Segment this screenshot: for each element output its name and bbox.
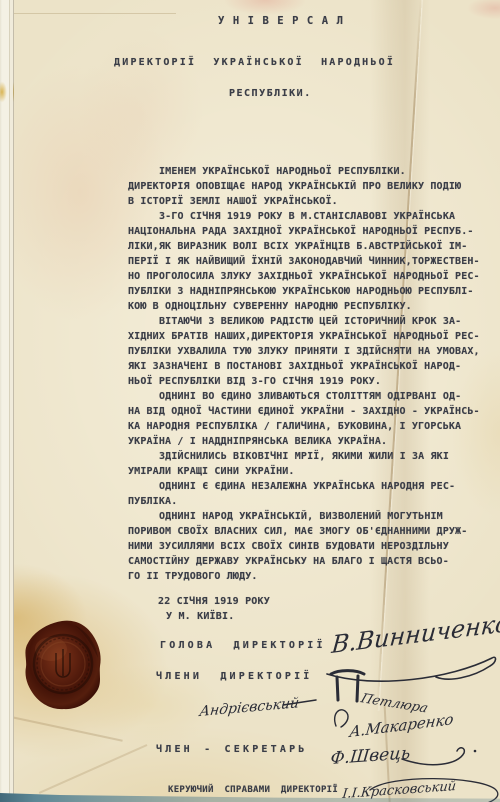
body-line: ОДНИНІ НАРОД УКРАЇНСЬКІЙ, ВИЗВОЛЕНИЙ МОГ… [128,509,490,524]
body-line: ПУБЛІКИ УХВАЛИЛА ТУЮ ЗЛУКУ ПРИНЯТИ І ЗДІ… [128,344,490,359]
signature-andriievskyi: Андрієвський [198,695,300,720]
body-line: НО ПРОГОЛОСИЛА ЗЛУКУ ЗАХІДНЬОЇ УКРАЇНСЬК… [128,269,490,284]
signature-flourish [327,657,496,681]
body-line: ПОРИВОМ СВОЇХ ВЛАСНИХ СИЛ, МАЄ ЗМОГУ ОБ'… [128,524,490,539]
body-line: ПУБЛІКА. [128,494,490,509]
body-line: ПУБЛІКИ З НАДНІПРЯНСЬКОЮ УКРАЇНСЬКОЮ НАР… [128,284,490,299]
signature-vynnychenko: В.Винниченко [329,608,500,659]
signature-dot [474,750,477,753]
body-line: КА НАРОДНЯ РЕСПУБЛІКА / ГАЛИЧИНА, БУКОВИ… [128,419,490,434]
paper-top-edge-line [0,13,176,14]
body-line: В ІСТОРІЇ ЗЕМЛІ НАШОЇ УКРАЇНСЬКОЇ. [128,194,490,209]
body-line: УКРАЇНА / І НАДДНІПРЯНСЬКА ВЕЛИКА УКРАЇН… [128,434,490,449]
body-line: ВІТАЮЧИ З ВЕЛИКОЮ РАДІСТЮ ЦЕЙ ІСТОРИЧНИЙ… [128,314,490,329]
body-line: ДИРЕКТОРІЯ ОПОВІЩАЄ НАРОД УКРАЇНСЬКІЙ ПР… [128,179,490,194]
body-line: ГО ІІ ТРУДОВОГО ЛЮДУ. [128,569,490,584]
diagonal-crease [0,712,123,741]
signature-loop [335,710,348,727]
scan-edge-left [0,0,14,802]
body-line: ЗДІЙСНИЛИСЬ ВІКОВІЧНІ МРІЇ, ЯКИМИ ЖИЛИ І… [128,449,490,464]
body-line: НИМИ ЗУСИЛЛЯМИ ВСІХ СВОЇХ СИНІВ БУДОВАТИ… [128,539,490,554]
vertical-fold-crease-lower [383,700,390,802]
place-line: У М. КИЇВІ. [166,611,234,622]
body-line: ЛІКИ,ЯК ВИРАЗНИК ВОЛІ ВСІХ УКРАЇНЦІВ Б.А… [128,239,490,254]
role-label-secretary: ЧЛЕН - СЕКРЕТАРЬ [156,744,308,755]
body-line: ІМЕНЕМ УКРАЇНСЬКОЇ НАРОДНЬОЇ РЕСПУБЛІКИ. [128,164,490,179]
document-scan: УНІВЕРСАЛ ДИРЕКТОРІЇ УКРАЇНСЬКОЇ НАРОДНЬ… [0,0,500,802]
body-line: НАЦІОНАЛЬНА РАДА ЗАХІДНОЇ УКРАЇНСЬКОЇ НА… [128,224,490,239]
date-line: 22 СІЧНЯ 1919 РОКУ [158,596,270,607]
signature-dash [283,700,316,705]
diagonal-crease [39,744,147,793]
document-subtitle-line1: ДИРЕКТОРІЇ УКРАЇНСЬКОЇ НАРОДНЬОЇ [114,57,395,68]
document-body: ІМЕНЕМ УКРАЇНСЬКОЇ НАРОДНЬОЇ РЕСПУБЛІКИ.… [128,164,490,584]
body-line: НА ВІД ОДНОЇ ЧАСТИНИ ЄДИНОЇ УКРАЇНИ - ЗА… [128,404,490,419]
body-line: КОЮ В ОДНОЦІЛЬНУ СУВЕРЕННУ НАРОДНЮ РЕСПУ… [128,299,490,314]
body-line: ПЕРІЇ І ЯК НАЙВИЩИЙ ЇХНІЙ ЗАКОНОДАВЧИЙ Ч… [128,254,490,269]
body-line: ЯКІ ЗАЗНАЧЕНІ В ПОСТАНОВІ ЗАХІДНЬОЇ УКРА… [128,359,490,374]
body-line: ОДНИНІ Є ЄДИНА НЕЗАЛЕЖНА УКРАЇНСЬКА НАРО… [128,479,490,494]
body-line: ХІДНИХ БРАТІВ НАШИХ,ДИРЕКТОРІЯ УКРАЇНСЬК… [128,329,490,344]
signature-swash [402,748,464,765]
body-line: САМОСТІЙНУ ДЕРЖАВУ УКРАЇНСЬКУ НА БЛАГО І… [128,554,490,569]
role-label-head: ГОЛОВА ДИРЕКТОРІЇ [160,640,326,651]
wax-seal [20,618,106,712]
signature-makarenko: А.Макаренко [348,710,455,741]
signature-petliura: Петлюра [358,691,430,716]
body-line: УМІРАЛИ КРАЩІ СИНИ УКРАЇНИ. [128,464,490,479]
body-line: ОДНИНІ ВО ЄДИНО ЗЛИВАЮТЬСЯ СТОЛІТТЯМ ОДІ… [128,389,490,404]
document-subtitle-line2: РЕСПУБЛІКИ. [229,88,312,99]
document-title: УНІВЕРСАЛ [218,15,351,27]
signature-shvets: Ф.Швець [329,743,411,769]
signature-petliura-initial [331,671,364,701]
body-line: З-ГО СІЧНЯ 1919 РОКУ В М.СТАНІСЛАВОВІ УК… [128,209,490,224]
role-label-manager: КЕРУЮЧИЙ СПРАВАМИ ДИРЕКТОРІЇ [168,785,338,795]
body-line: НЬОЇ РЕСПУБЛІКИ ВІД З-ГО СІЧНЯ 1919 РОКУ… [128,374,490,389]
role-label-members: ЧЛЕНИ ДИРЕКТОРІЇ [156,671,313,682]
